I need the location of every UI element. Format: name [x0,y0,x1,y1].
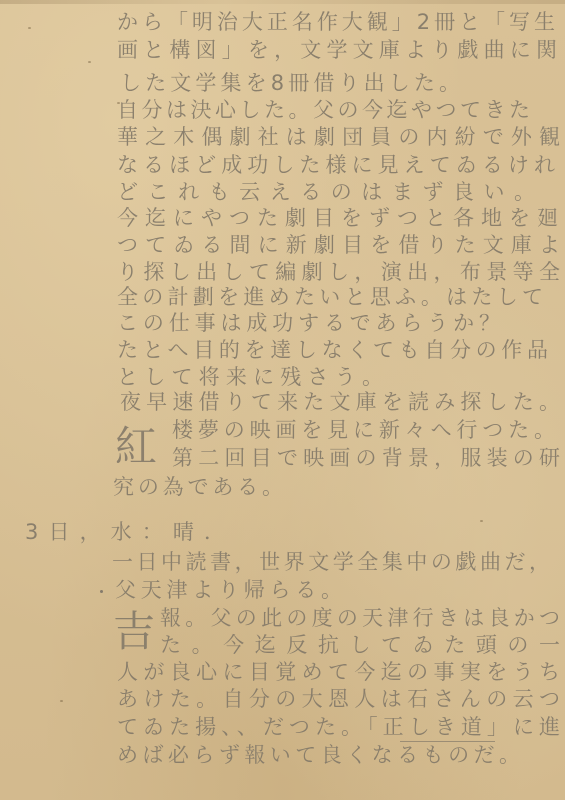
text-line: てゐた揚、、だつた。「正しき道」に進 [117,714,560,740]
text-line: つてゐる間に新劇目を借りた文庫よ [117,232,560,258]
text-line: 父天津より帰らる。 [115,577,342,603]
diary-page: から「明治大正名作大観」2冊と「写生 画と構図」を，文学文庫より戯曲に関 した文… [0,0,565,800]
text-line: なるほど成功した様に見えてゐるけれ [117,152,555,178]
text-line: 全の計劃を進めたいと思ふ。はたして [117,284,543,310]
text-line: 報。父の此の度の天津行きは良かつ [160,605,560,631]
text-line: として将来に残さう。 [117,364,383,390]
text-line: 今迄にやつた劇目をずつと各地を廻 [117,205,558,231]
text-line: この仕事は成功するであらうか？ [117,310,500,336]
text-line: 楼夢の映画を見に新々へ行つた。 [172,417,555,443]
text-line: どこれも云えるのはまず良い。 [117,179,535,205]
large-character-kichi: 吉 [111,609,157,655]
text-line: した文学集を8冊借り出した。 [120,70,460,96]
text-line: た。今迄反抗してゐた頭の一 [160,632,560,658]
entry-date-header: 3日，水：晴． [25,519,225,545]
text-line: から「明治大正名作大観」2冊と「写生 [117,9,555,35]
text-line: 人が良心に目覚めて今迄の事実をうち [117,659,560,685]
text-line: 究の為である。 [113,474,283,500]
text-line: たとへ目的を達しなくても自分の作品 [117,337,548,363]
text-line: 華之木偶劇社は劇団員の内紛で外観 [117,124,560,150]
text-line: 自分は決心した。父の今迄やつてきた [117,97,530,123]
large-character-kou: 紅 [113,424,159,470]
paper-speck [28,27,31,29]
paper-speck [60,700,63,702]
text-line: 第二回目で映画の背景，服装の研 [172,445,560,471]
paper-speck [88,61,91,63]
paper-edge [0,0,565,4]
stray-pencil-mark [100,590,103,593]
text-line: り探し出して編劇し，演出，布景等全 [117,259,560,285]
paper-speck [480,520,483,522]
text-line: 画と構図」を，文学文庫より戯曲に関 [117,37,557,63]
text-line: 夜早速借りて来た文庫を読み探した。 [120,389,560,415]
text-line: あけた。自分の大恩人は石さんの云つ [117,686,560,712]
text-line: 一日中読書，世界文学全集中の戯曲だ， [112,549,550,575]
text-line: めば必らず報いて良くなるものだ。 [117,742,520,768]
